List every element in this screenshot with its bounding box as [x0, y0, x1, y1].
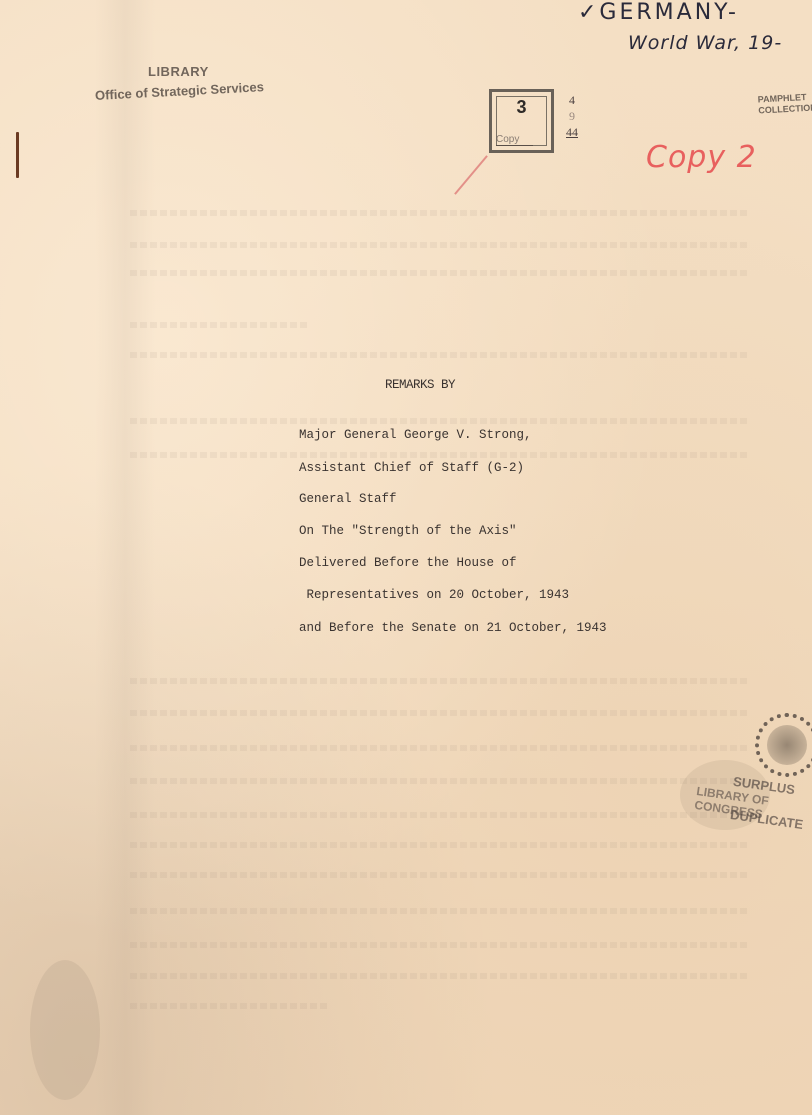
speaker-department: General Staff	[299, 492, 397, 506]
bleed-through-line	[130, 270, 750, 276]
handwritten-subject: ✓GERMANY-	[578, 0, 739, 25]
copy-number-box-stamp: 3 Copy	[489, 89, 554, 153]
bleed-through-line	[130, 242, 750, 248]
handwritten-copy-number: Copy 2	[646, 140, 757, 175]
library-stamp-line1: LIBRARY	[148, 64, 209, 79]
side-number-3: 44	[563, 124, 581, 140]
bleed-through-line	[130, 1003, 330, 1009]
bleed-through-line	[130, 842, 750, 848]
box-stamp-number: 3	[492, 97, 551, 118]
smudge	[30, 960, 100, 1100]
delivery-line-1: Delivered Before the House of	[299, 556, 517, 570]
red-pencil-stroke	[454, 155, 488, 195]
side-number-1: 4	[563, 92, 581, 108]
seal-eagle-emblem	[767, 725, 807, 765]
stamp-side-numbers: 4 9 44	[563, 92, 581, 140]
speaker-title: Assistant Chief of Staff (G-2)	[299, 461, 524, 475]
bleed-through-line	[130, 418, 750, 424]
library-seal-stamp	[755, 713, 812, 777]
bleed-through-line	[130, 745, 750, 751]
bleed-through-line	[130, 210, 750, 216]
speaker-name: Major General George V. Strong,	[299, 428, 532, 442]
bleed-through-line	[130, 778, 750, 784]
handwritten-topic: World War, 19-	[628, 32, 782, 54]
bleed-through-line	[130, 322, 310, 328]
bleed-through-line	[130, 812, 750, 818]
bleed-through-line	[130, 908, 750, 914]
bleed-through-line	[130, 973, 750, 979]
bleed-through-line	[130, 452, 750, 458]
delivery-line-2: Representatives on 20 October, 1943	[299, 588, 569, 602]
typed-title-block: REMARKS BY Major General George V. Stron…	[0, 0, 30, 140]
document-page: ✓GERMANY- World War, 19- Copy 2 LIBRARY …	[0, 0, 812, 1115]
speech-subject: On The "Strength of the Axis"	[299, 524, 517, 538]
bleed-through-line	[130, 678, 750, 684]
bleed-through-line	[130, 352, 750, 358]
bleed-through-line	[130, 710, 750, 716]
title-remarks-by: REMARKS BY	[385, 378, 455, 392]
delivery-line-3: and Before the Senate on 21 October, 194…	[299, 621, 607, 635]
side-number-2: 9	[563, 108, 581, 124]
bleed-through-line	[130, 872, 750, 878]
pamphlet-collection-stamp: PAMPHLET COLLECTION	[757, 91, 812, 116]
bleed-through-line	[130, 942, 750, 948]
box-stamp-copy-label: Copy	[496, 134, 533, 146]
pamphlet-stamp-line2: COLLECTION	[758, 102, 812, 116]
